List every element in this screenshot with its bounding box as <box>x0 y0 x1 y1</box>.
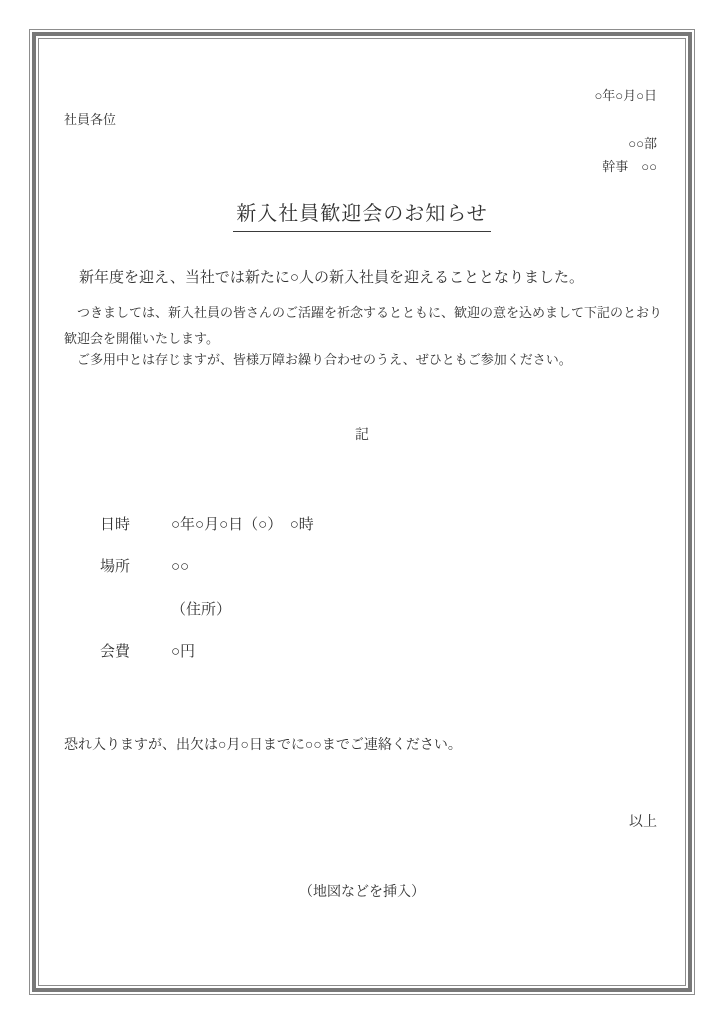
closing-word: 以上 <box>629 813 657 833</box>
recipient-line: 社員各位 <box>64 111 116 129</box>
document-title-row: 新入社員歓迎会のお知らせ <box>0 200 724 232</box>
sender-department: ○○部 <box>628 135 657 153</box>
detail-label-datetime: 日時 <box>100 515 171 536</box>
detail-label-fee: 会費 <box>100 642 171 663</box>
record-marker: 記 <box>0 426 724 446</box>
document-date: ○年○月○日 <box>594 87 657 105</box>
detail-label-place: 場所 <box>100 557 171 578</box>
page-border-frame <box>29 29 695 995</box>
page-border-frame-middle <box>32 32 692 992</box>
detail-row-address: （住所） <box>100 600 231 621</box>
map-insert-placeholder: （地図などを挿入） <box>0 883 724 903</box>
body-paragraph-opening: 新年度を迎え、当社では新たに○人の新入社員を迎えることとなりました。 <box>64 268 664 289</box>
rsvp-instruction: 恐れ入りますが、出欠は○月○日までに○○までご連絡ください。 <box>64 736 462 756</box>
detail-value-datetime: ○年○月○日（○） ○時 <box>171 517 314 533</box>
detail-row-place: 場所○○ <box>100 557 189 578</box>
detail-value-place: ○○ <box>171 559 189 575</box>
detail-value-fee: ○円 <box>171 644 195 660</box>
detail-row-fee: 会費○円 <box>100 642 195 663</box>
page-border-frame-inner <box>38 38 686 986</box>
document-title: 新入社員歓迎会のお知らせ <box>233 200 490 232</box>
body-paragraph-invitation: ご多用中とは存じますが、皆様万障お繰り合わせのうえ、ぜひともご参加ください。 <box>64 347 664 373</box>
body-paragraph-purpose: つきましては、新入社員の皆さんのご活躍を祈念するとともに、歓迎の意を込めまして下… <box>64 300 664 352</box>
sender-organizer: 幹事 ○○ <box>602 158 657 176</box>
detail-value-address: （住所） <box>171 602 231 618</box>
detail-row-datetime: 日時○年○月○日（○） ○時 <box>100 515 314 536</box>
document-page: ○年○月○日 社員各位 ○○部 幹事 ○○ 新入社員歓迎会のお知らせ 新年度を迎… <box>0 0 724 1024</box>
